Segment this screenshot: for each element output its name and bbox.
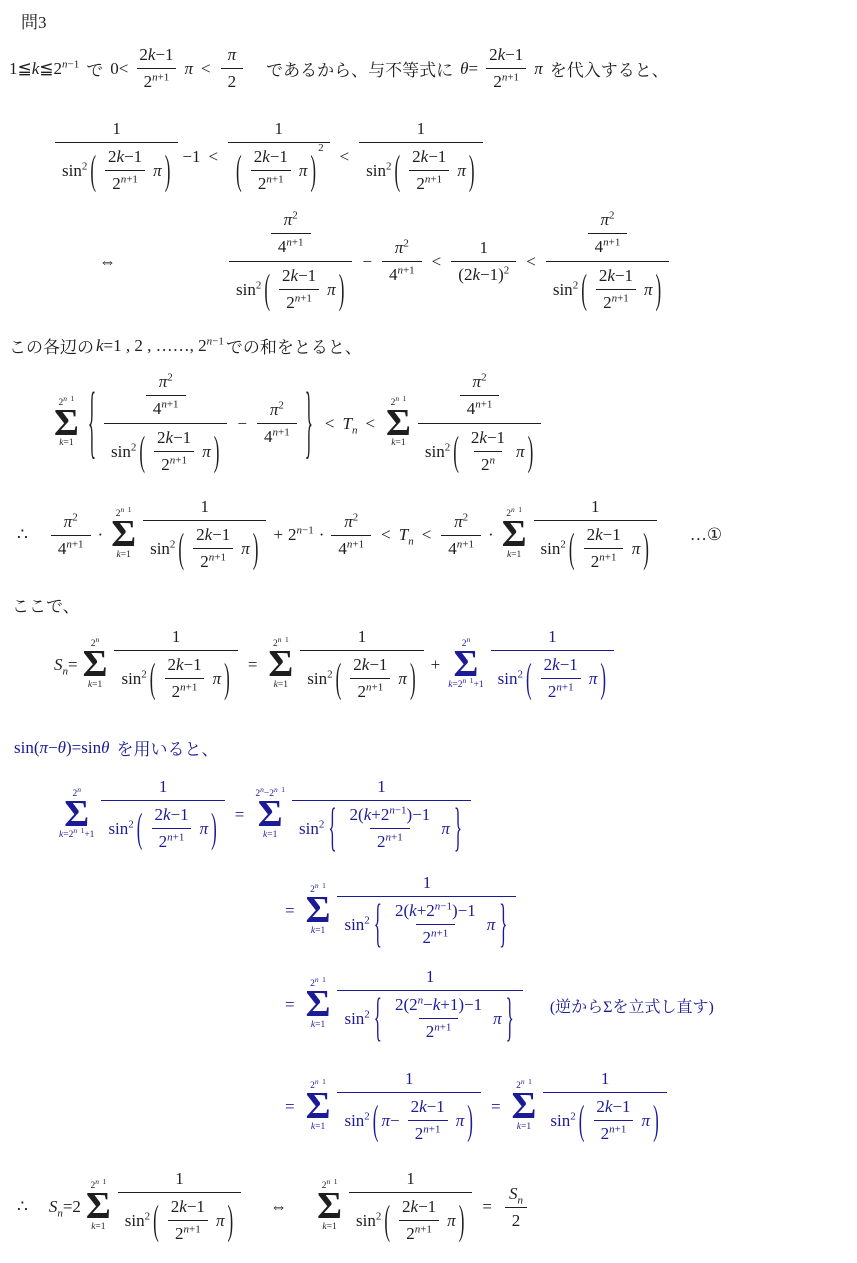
summation: 2nΣk=2n1+1 xyxy=(448,639,483,690)
math-run: 2n+1 xyxy=(548,682,574,702)
den: 2 xyxy=(505,1207,528,1232)
right-paren: ) xyxy=(339,265,345,314)
minus-sign: − xyxy=(237,414,247,434)
frac: π24n+1 xyxy=(51,511,91,560)
title-text: 問3 xyxy=(21,8,47,33)
math-run: 2n+1 xyxy=(144,72,170,92)
den: 4n+1 xyxy=(460,395,500,420)
num: 1 xyxy=(370,776,393,800)
math-run: 2k−1 xyxy=(154,805,188,825)
frac: π24n+1 xyxy=(588,209,628,258)
text-run: で xyxy=(86,56,103,81)
right-brace: } xyxy=(454,798,462,860)
frac: 2k−12n+1 xyxy=(189,524,237,573)
sum-lower: k=1 xyxy=(391,438,405,449)
math-run: 2n+1 xyxy=(416,174,442,194)
math-run: 4n+1 xyxy=(389,265,415,285)
right-paren: ) xyxy=(600,654,606,703)
den: 2n+1 xyxy=(279,289,319,314)
num: 2(2n−k+1)−1 xyxy=(388,994,489,1018)
left-paren: ( xyxy=(336,654,342,703)
math-run: 2k−1 xyxy=(471,428,505,448)
num: 2k−1 xyxy=(101,146,149,170)
frac: π24n+1 xyxy=(441,511,481,560)
math-run: 2n+1 xyxy=(357,682,383,702)
math-run: π2 xyxy=(601,210,615,230)
den: sin2{2(2n−k+1)−12n+1π} xyxy=(337,990,522,1044)
den: 4n+1 xyxy=(271,233,311,258)
den: (2k−1)2 xyxy=(451,261,516,286)
sigma-icon: Σ xyxy=(111,520,136,550)
num: 2k−1 xyxy=(160,654,208,678)
equals-sign: = xyxy=(285,1097,295,1117)
num: 1 xyxy=(152,776,175,800)
sum-lower: k=1 xyxy=(517,1122,531,1133)
frac: 1sin2(2k−12n+1π) xyxy=(349,1168,472,1246)
math-run: 2k−1 xyxy=(171,1197,205,1217)
den: 4n+1 xyxy=(382,261,422,286)
frac: 1sin2(2k−12n+1π) xyxy=(491,626,614,704)
math-run: 2k−1 xyxy=(412,147,446,167)
num: 1 xyxy=(398,1068,421,1092)
frac: 2(k+2n−1)−12n+1 xyxy=(343,804,438,853)
math-run: 2n+1 xyxy=(172,682,198,702)
math-run: 4n+1 xyxy=(467,399,493,419)
formula-sn-conclusion: ∴ Sn=2 2n1Σk=1 1sin2(2k−12n+1π) ⇔ 2n1Σk=… xyxy=(16,1168,533,1246)
num: 1 xyxy=(105,118,128,142)
left-paren: ( xyxy=(139,427,145,476)
den: 2 xyxy=(221,68,244,93)
sn-symbol: Sn= xyxy=(54,655,78,675)
num: π2 xyxy=(466,371,494,395)
sum-lower: k=1 xyxy=(91,1222,105,1233)
math-run: sin2 xyxy=(550,1111,575,1131)
num: 1 xyxy=(410,118,433,142)
num: 2k−1 xyxy=(189,524,237,548)
formula-result-1: ∴ π24n+1 · 2n1Σk=1 1sin2(2k−12n+1π) + 2n… xyxy=(16,496,723,574)
formula-blue-step-2: = 2n1Σk=1 1sin2{2(k+2n−1)−12n+1π} xyxy=(278,872,519,950)
left-paren: ( xyxy=(236,146,242,195)
num: 1 xyxy=(419,966,442,990)
math-run: sin2 xyxy=(541,539,566,559)
less-than: < xyxy=(201,59,211,79)
math-run: 2n+1 xyxy=(601,1124,627,1144)
frac: π24n+1 xyxy=(460,371,500,420)
den: sin2(2k−12n+1π) xyxy=(229,261,352,315)
math-run: sin2 xyxy=(62,161,87,181)
sigma-icon: Σ xyxy=(306,990,331,1020)
frac: 2k−12n+1 xyxy=(275,265,323,314)
num: π2 xyxy=(337,511,365,535)
line-sum-statement: この各辺の k=1 , 2 , ……, 2n−1 での和をとると、 xyxy=(8,333,363,358)
num: 1 xyxy=(399,1168,422,1192)
num: 1 xyxy=(584,496,607,520)
den: 4n+1 xyxy=(588,233,628,258)
line-sin-identity: sin(π−θ)=sinθ を用いると、 xyxy=(13,735,224,760)
summation: 2n1Σk=1 xyxy=(306,885,331,936)
frac: 2k−12n+1 xyxy=(580,524,628,573)
frac: π24n+1 xyxy=(146,371,186,420)
math-run: 4n+1 xyxy=(58,539,84,559)
summation: 2n1Σk=1 xyxy=(54,398,79,449)
frac: π24n+1sin2(2k−12n+1π) xyxy=(546,208,669,315)
sigma-icon: Σ xyxy=(268,650,293,680)
math-run: sin2 xyxy=(299,819,324,839)
math-run: 4n+1 xyxy=(448,539,474,559)
math-run: π2 xyxy=(454,512,468,532)
math-run: 2n xyxy=(481,455,495,475)
text-run: この各辺の xyxy=(9,333,94,358)
den: 4n+1 xyxy=(257,423,297,448)
math-run: (2k−1)2 xyxy=(458,265,509,285)
frac: 1sin2(2k−12n+1π) xyxy=(101,776,224,854)
den: 2n+1 xyxy=(168,1220,208,1245)
den: 2n+1 xyxy=(370,828,410,853)
right-paren: ) xyxy=(214,427,220,476)
frac: 2k−12n+1 xyxy=(404,1096,452,1145)
right-paren: ) xyxy=(469,146,475,195)
math-run: 0< xyxy=(110,59,128,79)
num: 2k−1 xyxy=(589,1096,637,1120)
math-run: 2(2n−k+1)−1 xyxy=(395,995,482,1015)
sum-lower: k=1 xyxy=(311,1122,325,1133)
sn-symbol: Sn xyxy=(509,1184,523,1204)
right-paren: ) xyxy=(467,1096,473,1145)
math-run: π2 xyxy=(270,400,284,420)
den: (2k−12n+1π)2 xyxy=(228,142,330,196)
equals-sign: = xyxy=(285,901,295,921)
math-run: 4n+1 xyxy=(278,237,304,257)
math-run: sin2 xyxy=(111,442,136,462)
text-run: を用いると、 xyxy=(116,735,218,760)
sum-lower: k=1 xyxy=(322,1222,336,1233)
num: 2k−1 xyxy=(346,654,394,678)
math-run: π2 xyxy=(284,210,298,230)
frac: 2k−12n+1 xyxy=(405,146,453,195)
num: 1 xyxy=(268,118,291,142)
den: sin2(2k−12n+1π) xyxy=(55,142,178,196)
left-paren: ( xyxy=(581,265,587,314)
sum-lower: k=1 xyxy=(116,550,130,561)
den: sin2{2(k+2n−1)−12n+1π} xyxy=(292,800,471,854)
math-solution-page: 問3 1≦k≦2n−1 で 0< 2k−12n+1π < π2 であるから、与不… xyxy=(0,0,857,1263)
text-run: での和をとると、 xyxy=(226,333,362,358)
math-run: 2k−1 xyxy=(108,147,142,167)
equals-sign: = xyxy=(248,655,258,675)
frac: 2k−12n+1 xyxy=(395,1196,443,1245)
sn-symbol: Sn=2 xyxy=(49,1197,81,1217)
math-run: 2n+1 xyxy=(406,1224,432,1244)
math-run: 2n−1 xyxy=(288,525,314,545)
math-run: 2k−1 xyxy=(411,1097,445,1117)
den: 2n+1 xyxy=(193,548,233,573)
tn-symbol: Tn xyxy=(399,525,414,545)
text-run: を代入すると、 xyxy=(550,56,669,81)
equals-sign: = xyxy=(285,995,295,1015)
right-brace: } xyxy=(506,988,514,1050)
den: 2n xyxy=(474,451,502,476)
num: 1 xyxy=(194,496,217,520)
frac: 1sin2(2k−12n+1π) xyxy=(55,118,178,196)
frac: π24n+1sin2(2k−12n+1π) xyxy=(104,370,227,477)
den: sin2{2(k+2n−1)−12n+1π} xyxy=(337,896,516,950)
frac: π24n+1 xyxy=(382,237,422,286)
math-run: π2 xyxy=(395,238,409,258)
den: sin2(2k−12n+1π) xyxy=(534,520,657,574)
num: π2 xyxy=(57,511,85,535)
left-paren: ( xyxy=(153,1196,159,1245)
den: sin2(2k−12n+1π) xyxy=(546,261,669,315)
math-run: sin2 xyxy=(344,1111,369,1131)
less-than: < xyxy=(365,414,375,434)
summation: 2n1Σk=1 xyxy=(86,1181,111,1232)
frac: Sn2 xyxy=(502,1183,530,1232)
math-run: k=1 , 2 , ……, 2n−1 xyxy=(96,336,224,356)
num: 2k−1 xyxy=(404,1096,452,1120)
sum-lower: k=1 xyxy=(263,830,277,841)
math-run: sin2 xyxy=(307,669,332,689)
frac: 2(k+2n−1)−12n+1 xyxy=(388,900,483,949)
formula-base-inequality: 1sin2(2k−12n+1π) −1 < 1(2k−12n+1π)2 < 1s… xyxy=(52,118,486,196)
num: 2k−1 xyxy=(405,146,453,170)
sigma-icon: Σ xyxy=(54,409,79,439)
sum-lower: k=1 xyxy=(311,926,325,937)
math-run: 2n+1 xyxy=(258,174,284,194)
math-run: 4n+1 xyxy=(595,237,621,257)
sum-lower: k=1 xyxy=(59,438,73,449)
num: 2k−1 xyxy=(592,265,640,289)
math-run: π− xyxy=(381,1111,399,1131)
math-run: π2 xyxy=(344,512,358,532)
right-paren: ) xyxy=(253,524,259,573)
num: π2 xyxy=(388,237,416,261)
den: 2n+1 xyxy=(409,170,449,195)
math-run: 2n+1 xyxy=(175,1224,201,1244)
math-run: π2 xyxy=(159,372,173,392)
plus-sign: + xyxy=(273,525,283,545)
num: 2k−1 xyxy=(247,146,295,170)
frac: 2k−12n+1 xyxy=(537,654,585,703)
left-paren: ( xyxy=(264,265,270,314)
math-run: 2n+1 xyxy=(426,1022,452,1042)
math-run: 4n+1 xyxy=(153,399,179,419)
math-run: sin2 xyxy=(108,819,133,839)
sigma-icon: Σ xyxy=(83,650,108,680)
den: 2n+1 xyxy=(596,289,636,314)
sum-lower: k=1 xyxy=(507,550,521,561)
sigma-icon: Σ xyxy=(306,896,331,926)
den: 2n+1 xyxy=(408,1120,448,1145)
num: π2 xyxy=(447,511,475,535)
math-run: 2k−1 xyxy=(402,1197,436,1217)
math-run: 2k−1 xyxy=(353,655,387,675)
num: 1 xyxy=(165,626,188,650)
less-than: < xyxy=(208,147,218,167)
frac: 2(2n−k+1)−12n+1 xyxy=(388,994,489,1043)
left-paren: ( xyxy=(150,654,156,703)
math-run: sin(π−θ)=sinθ xyxy=(14,738,109,758)
math-run: 2k−1 xyxy=(544,655,578,675)
iff-symbol: ⇔ xyxy=(99,252,116,272)
frac: 1sin2{2(k+2n−1)−12n+1π} xyxy=(292,776,471,854)
frac: 1sin2(π−2k−12n+1π) xyxy=(337,1068,480,1146)
den: 4n+1 xyxy=(146,395,186,420)
sigma-icon: Σ xyxy=(386,409,411,439)
right-paren: ) xyxy=(643,524,649,573)
frac: 1sin2(2k−12n+1π) xyxy=(114,626,237,704)
math-run: sin2 xyxy=(344,1009,369,1029)
math-run: sin2 xyxy=(150,539,175,559)
num: 1 xyxy=(541,626,564,650)
sum-lower: k=1 xyxy=(274,680,288,691)
den: 2n+1 xyxy=(251,170,291,195)
num: π24n+1 xyxy=(262,208,320,261)
summation: 2nΣk=2n1+1 xyxy=(59,789,94,840)
sum-lower: k=2n1+1 xyxy=(448,680,483,691)
den: 2n+1 xyxy=(105,170,145,195)
frac: π24n+1sin2(2k−12nπ) xyxy=(418,370,541,477)
right-paren: ) xyxy=(310,146,316,195)
frac: 1sin2(2k−12n+1π) xyxy=(118,1168,241,1246)
sigma-icon: Σ xyxy=(86,1192,111,1222)
frac: 1sin2{2(2n−k+1)−12n+1π} xyxy=(337,966,522,1044)
den: sin2(2k−12n+1π) xyxy=(114,650,237,704)
sigma-icon: Σ xyxy=(502,520,527,550)
den: sin2(2k−12n+1π) xyxy=(118,1192,241,1246)
left-paren: ( xyxy=(579,1096,585,1145)
right-paren: ) xyxy=(165,146,171,195)
math-run: 2k−1 xyxy=(282,266,316,286)
math-run: 2n+1 xyxy=(591,552,617,572)
den: 2n+1 xyxy=(486,68,526,93)
frac: 1sin2(2k−12n+1π) xyxy=(534,496,657,574)
left-paren: ( xyxy=(453,427,459,476)
right-paren: ) xyxy=(227,1196,233,1245)
num: 1 xyxy=(473,237,496,261)
num: π24n+1 xyxy=(579,208,637,261)
left-paren: ( xyxy=(137,804,143,853)
den: 4n+1 xyxy=(441,535,481,560)
equals-sign: = xyxy=(482,1197,492,1217)
math-run: 2(k+2n−1)−1 xyxy=(350,805,431,825)
right-brace: } xyxy=(499,894,507,956)
den: 4n+1 xyxy=(331,535,371,560)
num: π2 xyxy=(277,209,305,233)
den: sin2(2k−12n+1π) xyxy=(101,800,224,854)
right-paren: ) xyxy=(211,804,217,853)
frac: 2k−12n+1 xyxy=(482,44,530,93)
num: 2k−1 xyxy=(482,44,530,68)
den: 2n+1 xyxy=(584,548,624,573)
therefore-symbol: ∴ xyxy=(17,1197,28,1217)
text-run: であるから、与不等式に xyxy=(266,56,453,81)
math-run: 2k−1 xyxy=(596,1097,630,1117)
num: π2 xyxy=(263,399,291,423)
math-run: 2k−1 xyxy=(196,525,230,545)
num: 2k−1 xyxy=(537,654,585,678)
den: 2n+1 xyxy=(154,451,194,476)
num: π2 xyxy=(594,209,622,233)
summation: 2n1Σk=1 xyxy=(317,1181,342,1232)
den: 2n+1 xyxy=(419,1018,459,1043)
math-run: θ= xyxy=(460,59,478,79)
math-run: 2n+1 xyxy=(423,928,449,948)
left-paren: ( xyxy=(526,654,532,703)
num: 2k−1 xyxy=(464,427,512,451)
frac: 2k−12n+1 xyxy=(589,1096,637,1145)
sigma-icon: Σ xyxy=(258,800,283,830)
less-than: < xyxy=(432,252,442,272)
left-paren: ( xyxy=(90,146,96,195)
frac: 2k−12n+1 xyxy=(592,265,640,314)
blue-sum-group: 2nΣk=2n1+1 1sin2(2k−12n+1π) xyxy=(444,626,617,704)
math-run: π2 xyxy=(473,372,487,392)
math-run: 2k−1 xyxy=(489,45,523,65)
den: 2n+1 xyxy=(399,1220,439,1245)
den: sin2(2k−12n+1π) xyxy=(359,142,482,196)
math-run: sin2 xyxy=(553,280,578,300)
equals-sign: = xyxy=(491,1097,501,1117)
summation: 2n1Σk=1 xyxy=(306,979,331,1030)
left-brace: { xyxy=(374,894,382,956)
num: 2k−1 xyxy=(150,427,198,451)
math-run: 2k−1 xyxy=(587,525,621,545)
pi-symbol: π xyxy=(185,59,194,79)
squared-exponent: 2 xyxy=(318,142,324,154)
frac: 2k−12n+1 xyxy=(160,654,208,703)
frac: 1(2k−1)2 xyxy=(451,237,516,286)
frac: π24n+1 xyxy=(271,209,311,258)
formula-sn-split: Sn= 2nΣk=1 1sin2(2k−12n+1π) = 2n1Σk=1 1s… xyxy=(53,626,617,704)
num: 2k−1 xyxy=(275,265,323,289)
num: 2k−1 xyxy=(147,804,195,828)
den: sin2(π−2k−12n+1π) xyxy=(337,1092,480,1146)
formula-blue-step-1: 2nΣk=2n1+1 1sin2(2k−12n+1π) = 2n−2n1Σk=1… xyxy=(55,776,474,854)
num: Sn xyxy=(502,1183,530,1207)
math-run: 2k−1 xyxy=(157,428,191,448)
frac: π24n+1sin2(2k−12n+1π) xyxy=(229,208,352,315)
frac: 2k−12n+1 xyxy=(150,427,198,476)
math-run: 2n+1 xyxy=(415,1124,441,1144)
math-run: 2n+1 xyxy=(286,293,312,313)
therefore-symbol: ∴ xyxy=(17,525,28,545)
num: π24n+1 xyxy=(451,370,509,423)
text-run: ここで、 xyxy=(12,592,80,617)
minus-sign: − xyxy=(362,252,372,272)
den: 2n+1 xyxy=(137,68,177,93)
left-paren: ( xyxy=(373,1096,379,1145)
frac: 2k−12n+1 xyxy=(247,146,295,195)
frac: 2k−12n+1 xyxy=(346,654,394,703)
summation: 2n1Σk=1 xyxy=(306,1081,331,1132)
left-brace: { xyxy=(374,988,382,1050)
num: 2k−1 xyxy=(580,524,628,548)
frac: 1(2k−12n+1π)2 xyxy=(228,118,330,196)
iff-symbol: ⇔ xyxy=(270,1197,287,1217)
frac: 1sin2(2k−12n+1π) xyxy=(359,118,482,196)
math-run: 2n+1 xyxy=(159,832,185,852)
cdot: · xyxy=(488,525,494,545)
pi-symbol: π xyxy=(534,59,543,79)
num: 2(k+2n−1)−1 xyxy=(343,804,438,828)
formula-blue-step-4: = 2n1Σk=1 1sin2(π−2k−12n+1π) = 2n1Σk=1 1… xyxy=(278,1068,670,1146)
math-run: 2n+1 xyxy=(603,293,629,313)
frac: 1sin2(2k−12n+1π) xyxy=(143,496,266,574)
math-run: 1≦k≦2n−1 xyxy=(9,59,79,79)
math-run: sin2 xyxy=(498,669,523,689)
less-than: < xyxy=(526,252,536,272)
right-paren: ) xyxy=(459,1196,465,1245)
